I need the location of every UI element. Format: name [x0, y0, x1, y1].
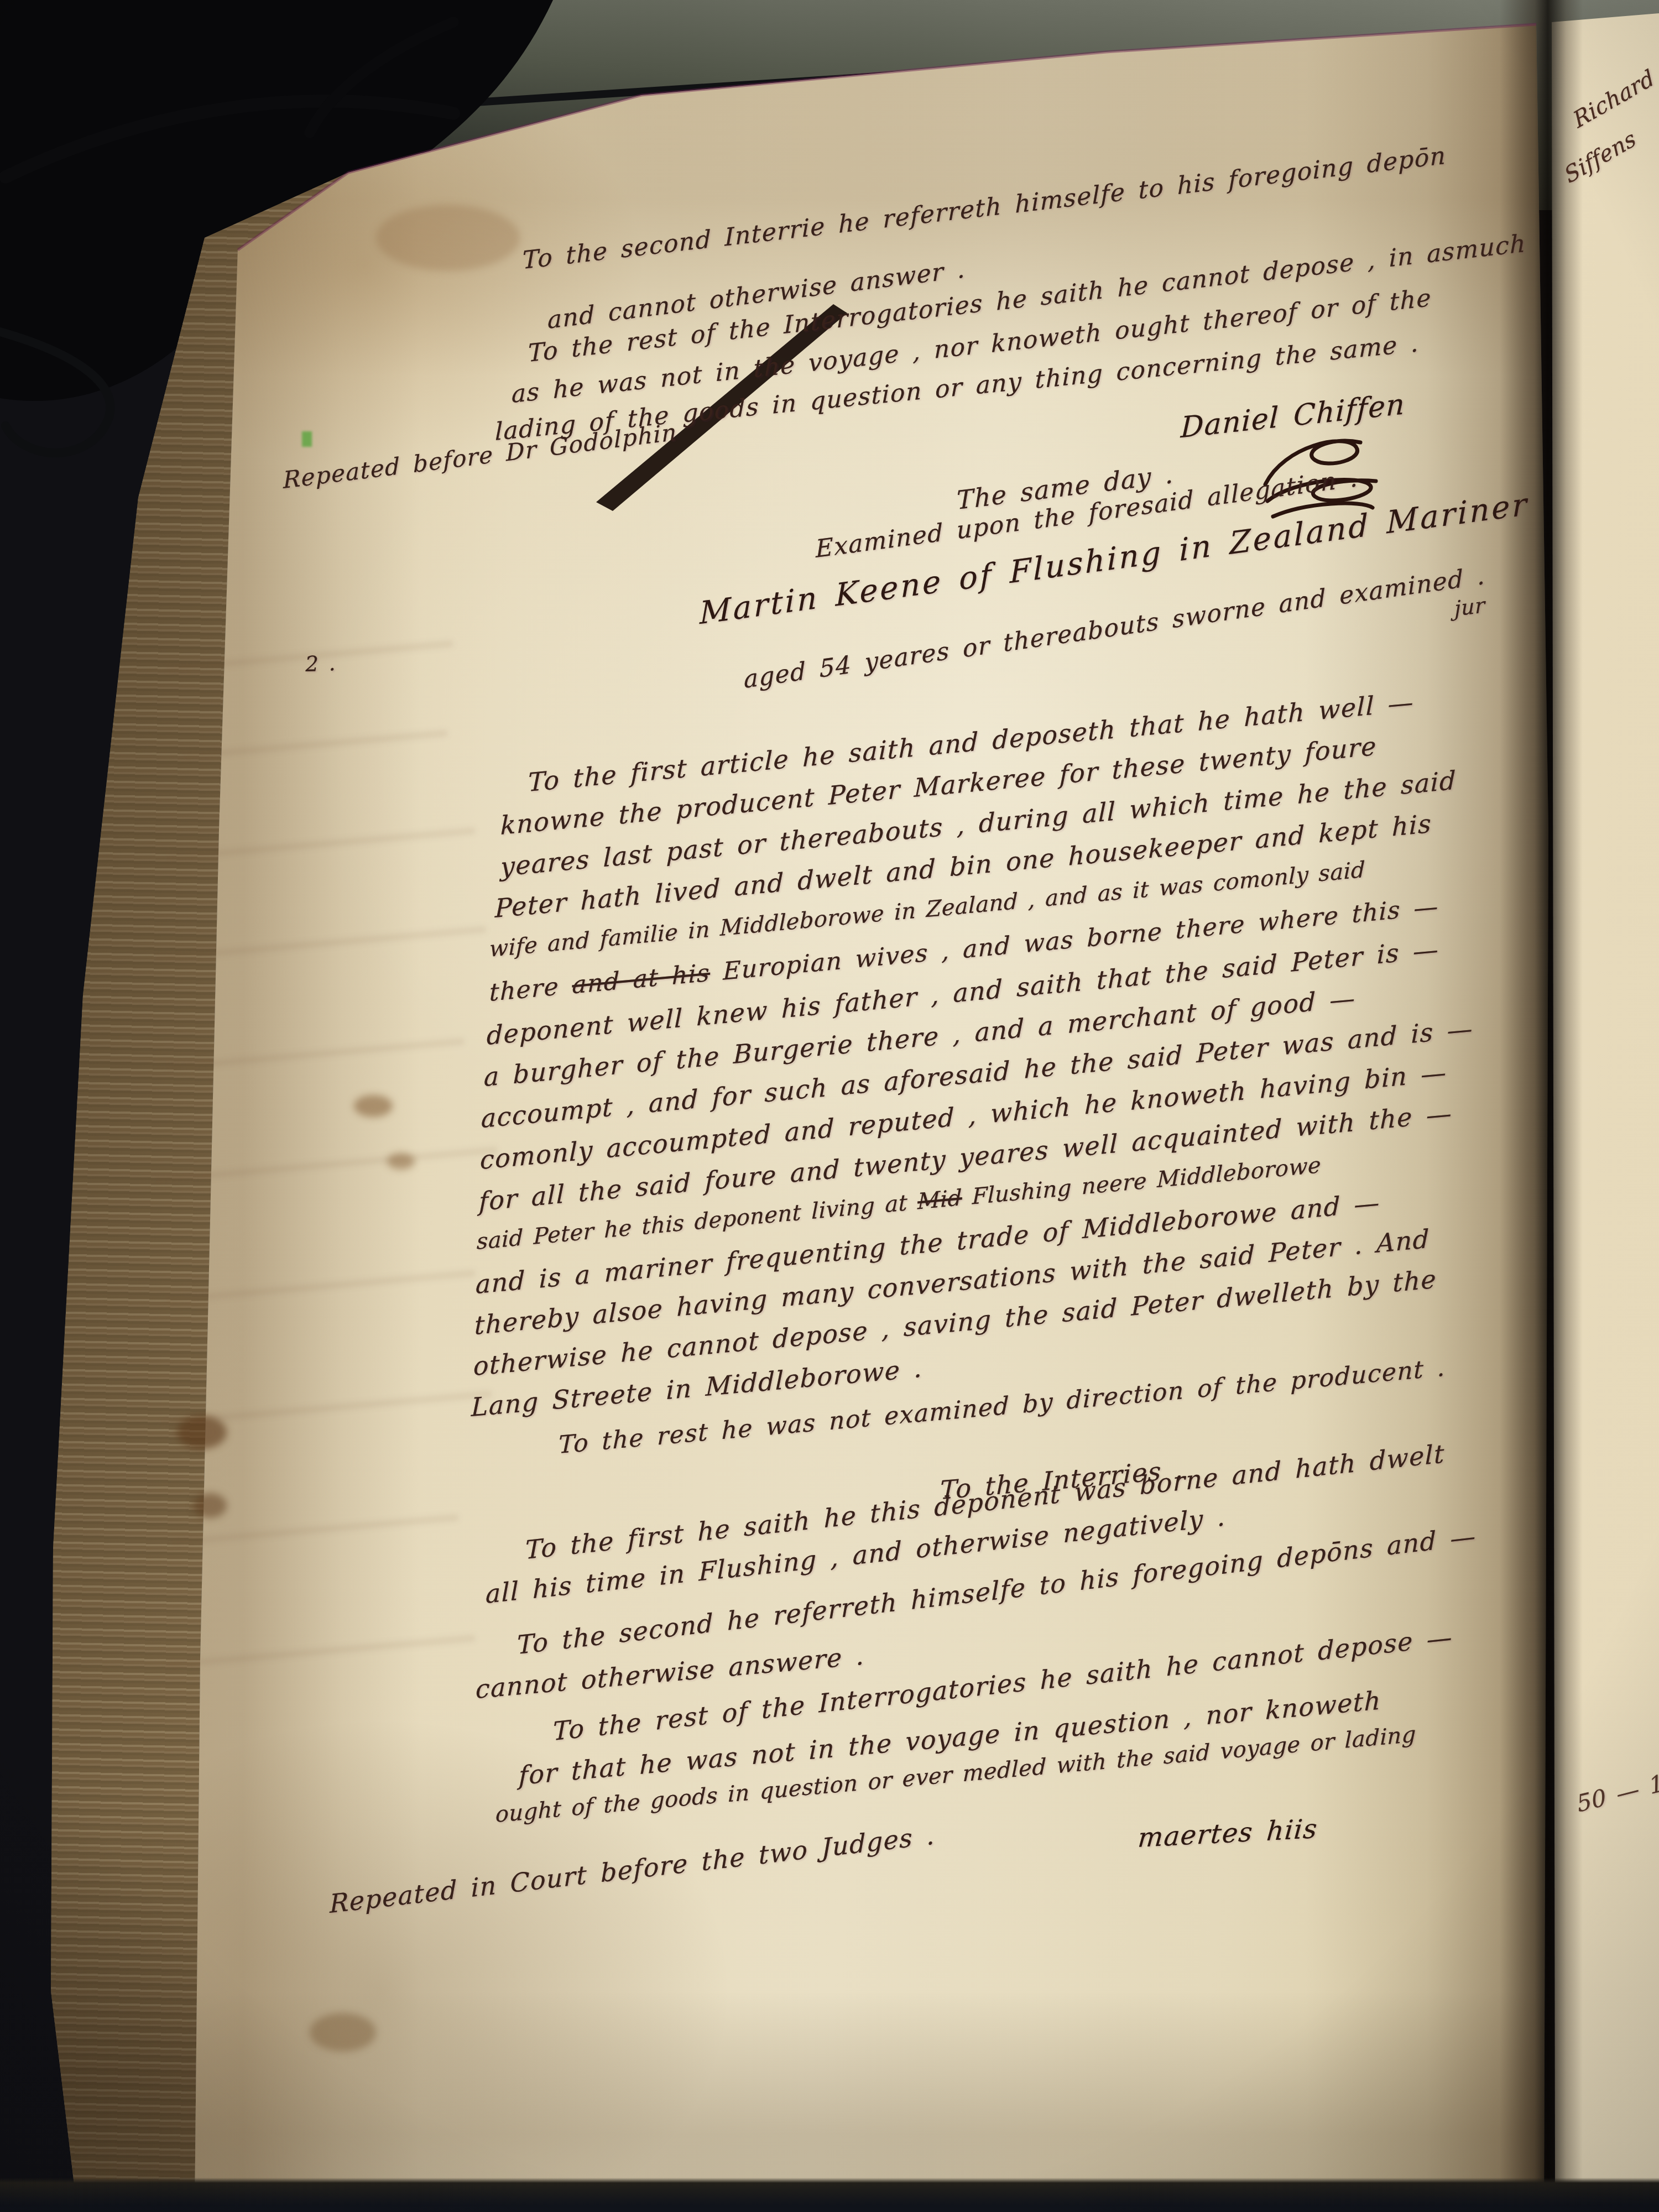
margin-article-number: 2 . — [305, 653, 336, 675]
jurat-note: jur — [1454, 594, 1485, 619]
photograph-frame: To the second Interrie he referreth hims… — [0, 0, 1659, 2212]
article1-line-struck-words: Mid — [917, 1185, 962, 1215]
